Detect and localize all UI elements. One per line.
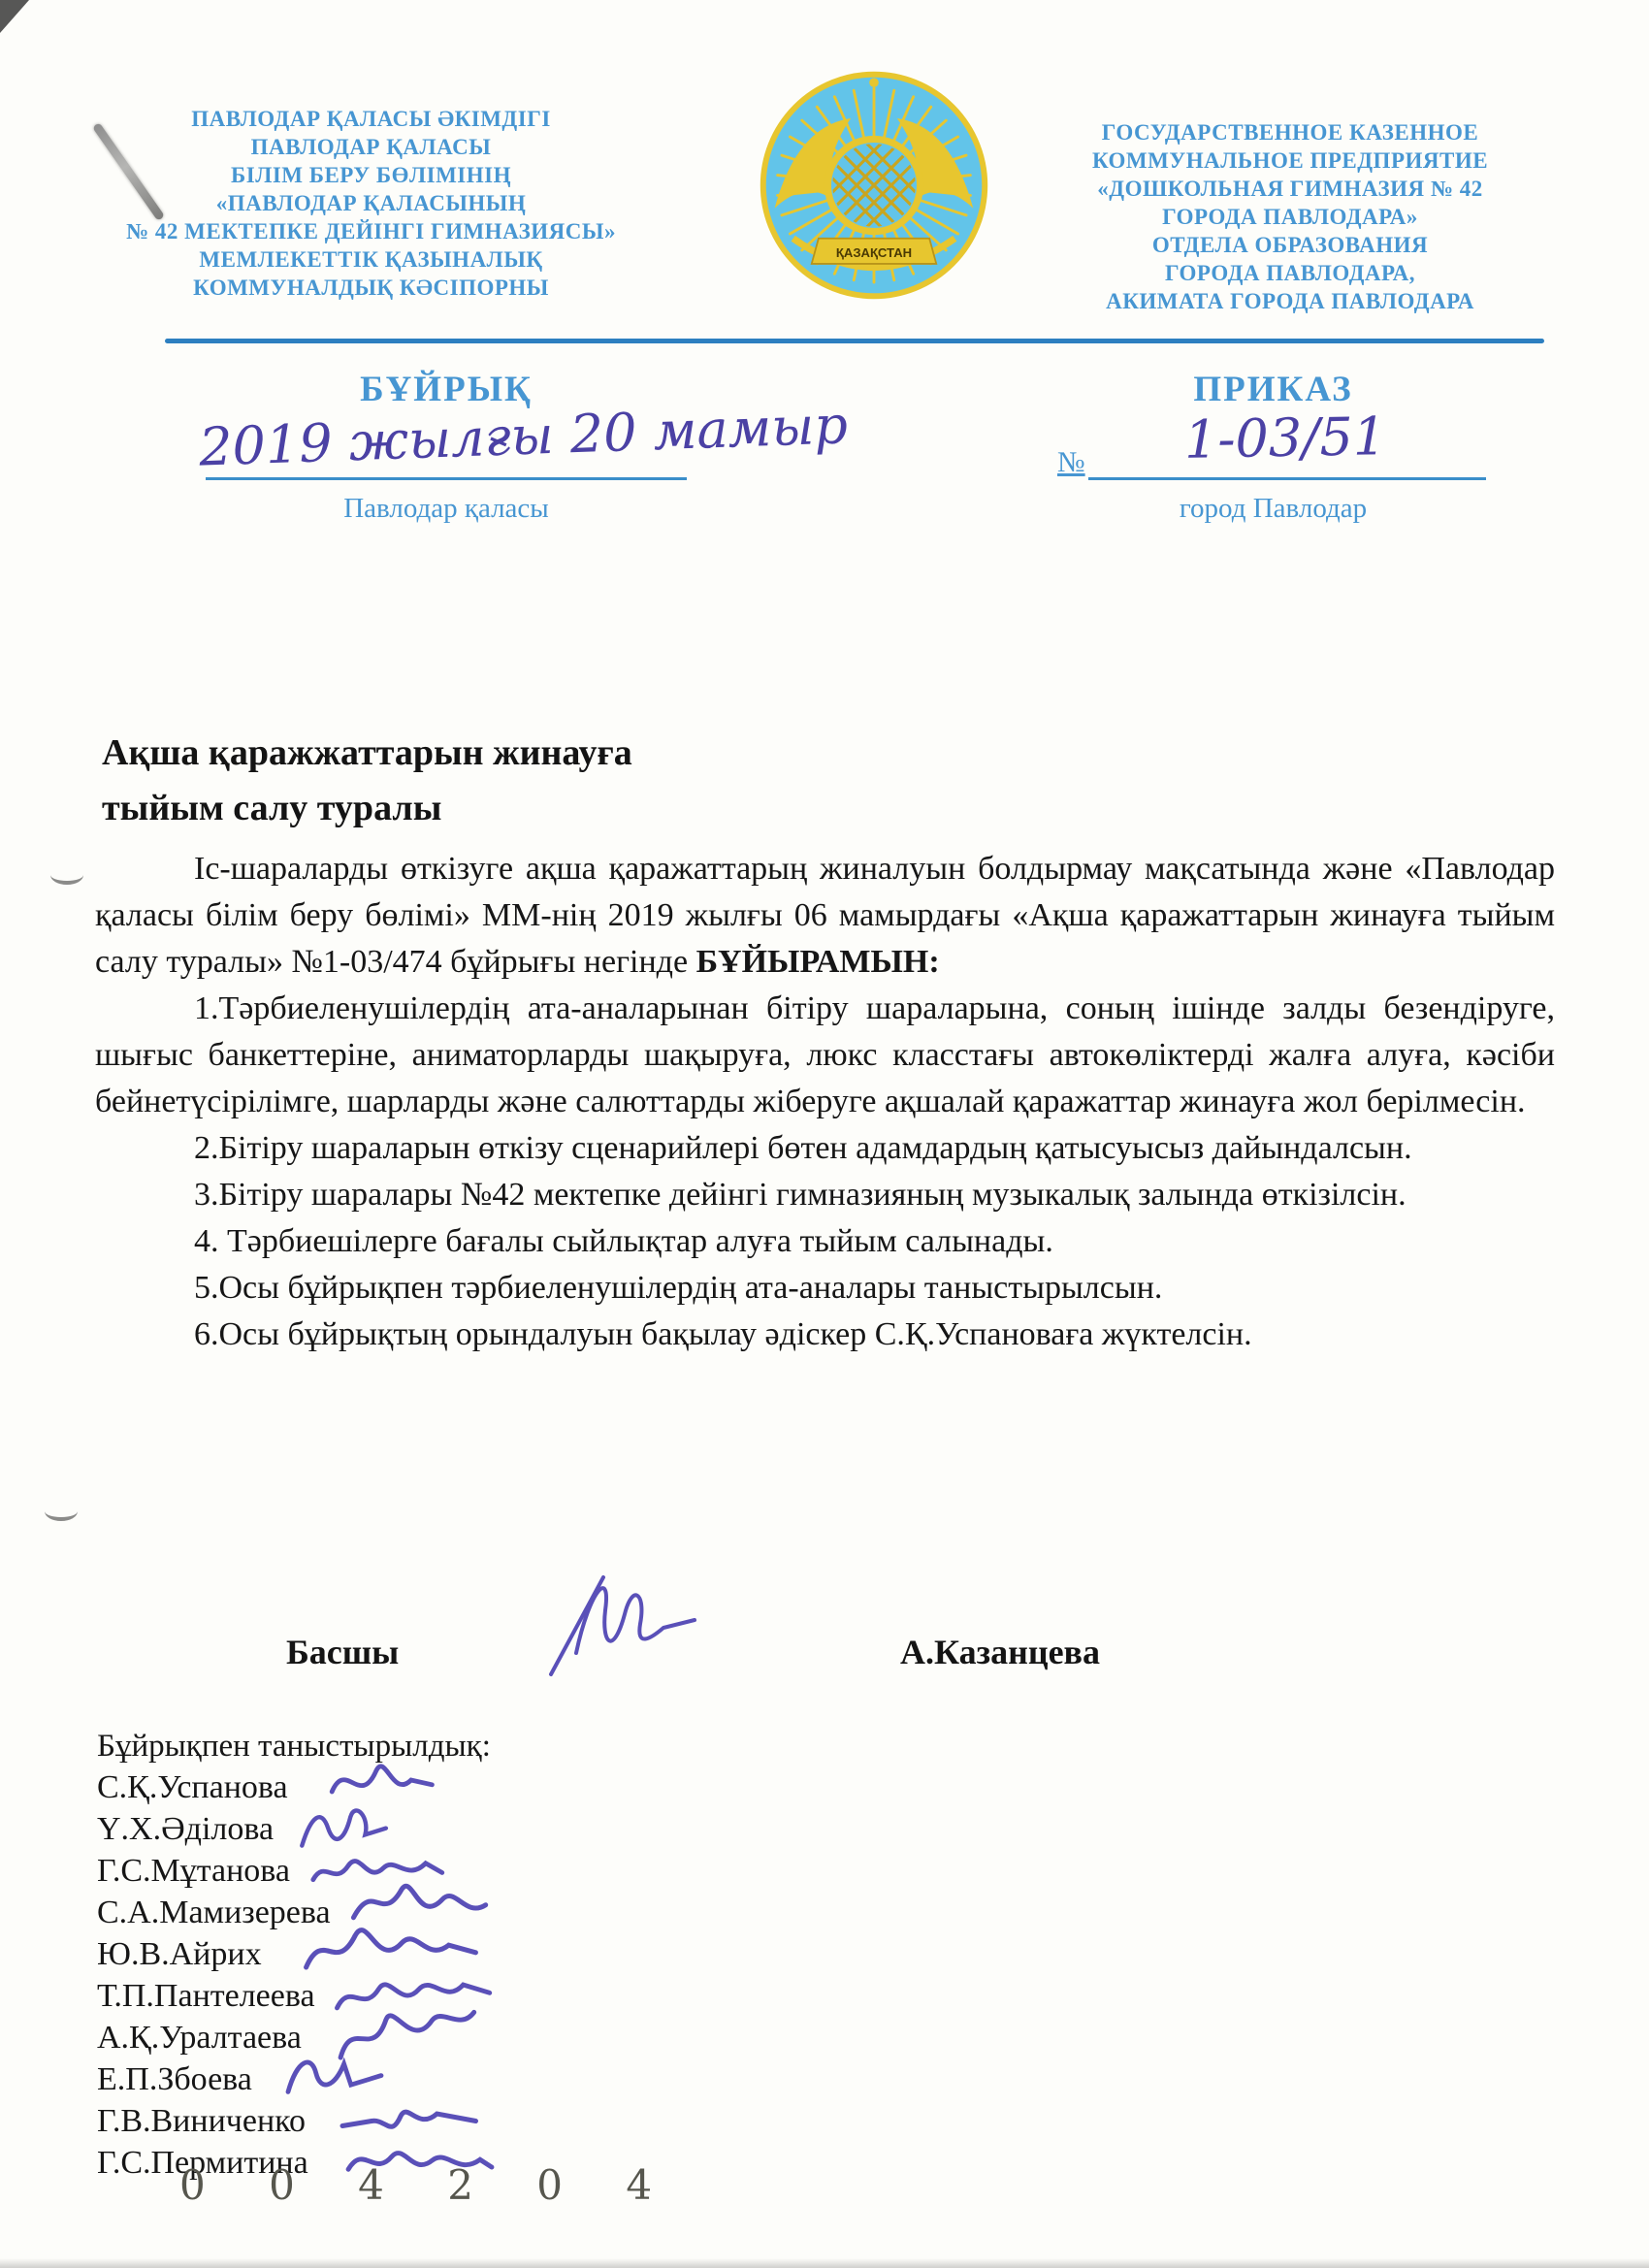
org-line: БІЛІМ БЕРУ БӨЛІМІНІҢ (92, 161, 650, 189)
list-item: Е.П.Збоева (97, 2061, 970, 2103)
staff-name: Г.В.Виниченко (97, 2103, 306, 2139)
document-subject: Ақша қаражжаттарын жинауға тыйым салу ту… (102, 726, 632, 836)
emblem-banner-text: ҚАЗАҚСТАН (836, 245, 912, 260)
list-item: Г.В.Виниченко (97, 2103, 970, 2145)
scanned-document-page: ПАВЛОДАР ҚАЛАСЫ ӘКІМДІГІ ПАВЛОДАР ҚАЛАСЫ… (0, 0, 1649, 2268)
order-item-6: 6.Осы бұйрықтың орындалуын бақылау әдіск… (95, 1312, 1555, 1358)
scan-edge-shadow (0, 2258, 1649, 2268)
order-item-1: 1.Тәрбиеленушілердің ата-аналарынан біті… (95, 986, 1555, 1125)
staff-name: Г.С.Мұтанова (97, 1853, 290, 1889)
number-underline (1088, 477, 1486, 480)
header-divider-line (165, 339, 1544, 343)
staff-name: Ю.В.Айрих (97, 1936, 262, 1972)
org-line: ПАВЛОДАР ҚАЛАСЫ ӘКІМДІГІ (92, 105, 650, 133)
director-position-label: Басшы (286, 1632, 399, 1672)
order-body: Іс-шараларды өткізуге ақша қаражаттарың … (95, 846, 1555, 1358)
kazakhstan-coat-of-arms-icon: ҚАЗАҚСТАН (759, 70, 989, 301)
scan-curve-artifact (50, 865, 83, 885)
org-line: ГОРОДА ПАВЛОДАРА» (999, 203, 1581, 231)
org-line: «ПАВЛОДАР ҚАЛАСЫНЫҢ (92, 189, 650, 217)
org-line: ГОРОДА ПАВЛОДАРА, (999, 259, 1581, 287)
list-item: С.Қ.Успанова (97, 1769, 970, 1811)
org-line: МЕМЛЕКЕТТІК ҚАЗЫНАЛЫҚ (92, 245, 650, 274)
scan-corner-artifact (0, 0, 29, 33)
director-name: А.Казанцева (900, 1632, 1100, 1672)
list-item: Ю.В.Айрих (97, 1936, 970, 1978)
document-subject-line: тыйым салу туралы (102, 781, 632, 836)
list-item: С.А.Мамизерева (97, 1895, 970, 1936)
order-item-3: 3.Бітіру шаралары №42 мектепке дейінгі г… (95, 1172, 1555, 1218)
org-line: КОММУНАЛЬНОЕ ПРЕДПРИЯТИЕ (999, 146, 1581, 175)
org-line: «ДОШКОЛЬНАЯ ГИМНАЗИЯ № 42 (999, 175, 1581, 203)
handwritten-order-number: 1-03/51 (1119, 405, 1450, 471)
staff-name: А.Қ.Уралтаева (97, 2020, 302, 2056)
org-name-kazakh: ПАВЛОДАР ҚАЛАСЫ ӘКІМДІГІ ПАВЛОДАР ҚАЛАСЫ… (92, 105, 650, 302)
staff-name: С.А.Мамизерева (97, 1895, 331, 1930)
org-name-russian: ГОСУДАРСТВЕННОЕ КАЗЕННОЕ КОММУНАЛЬНОЕ ПР… (999, 118, 1581, 315)
list-item: А.Қ.Уралтаева (97, 2020, 970, 2061)
order-command-word: БҰЙЫРАМЫН: (696, 944, 940, 980)
number-sign-label: № (1057, 446, 1085, 479)
director-signature-mark (532, 1560, 745, 1686)
order-title-russian: ПРИКАЗ (999, 369, 1547, 410)
order-item-4: 4. Тәрбиешілерге бағалы сыйлықтар алуға … (95, 1218, 1555, 1265)
org-line: № 42 МЕКТЕПКЕ ДЕЙІНГІ ГИМНАЗИЯСЫ» (92, 217, 650, 245)
org-line: ПАВЛОДАР ҚАЛАСЫ (92, 133, 650, 161)
staff-name: Ү.Х.Әділова (97, 1811, 274, 1847)
city-kazakh: Павлодар қаласы (165, 493, 727, 525)
intro-paragraph: Іс-шараларды өткізуге ақша қаражаттарың … (95, 846, 1555, 986)
org-line: КОММУНАЛДЫҚ КӘСІПОРНЫ (92, 274, 650, 302)
date-underline (206, 477, 687, 480)
acknowledgement-list: С.Қ.Успанова Ү.Х.Әділова Г.С.Мұтанова С.… (97, 1769, 970, 2187)
city-russian: город Павлодар (999, 493, 1547, 525)
order-item-5: 5.Осы бұйрықпен тәрбиеленушілердің ата-а… (95, 1265, 1555, 1312)
staff-name: С.Қ.Успанова (97, 1769, 288, 1805)
stamp-number: 0 0 4 2 0 4 (179, 2161, 677, 2209)
order-item-2: 2.Бітіру шараларын өткізу сценарийлері б… (95, 1125, 1555, 1172)
list-item: Т.П.Пантелеева (97, 1978, 970, 2020)
staff-name: Т.П.Пантелеева (97, 1978, 315, 2014)
org-line: ОТДЕЛА ОБРАЗОВАНИЯ (999, 231, 1581, 259)
org-line: АКИМАТА ГОРОДА ПАВЛОДАРА (999, 287, 1581, 315)
document-subject-line: Ақша қаражжаттарын жинауға (102, 726, 632, 781)
scan-curve-artifact (45, 1502, 78, 1521)
staff-name: Е.П.Збоева (97, 2061, 252, 2097)
list-item: Г.С.Мұтанова (97, 1853, 970, 1895)
list-item: Ү.Х.Әділова (97, 1811, 970, 1853)
org-line: ГОСУДАРСТВЕННОЕ КАЗЕННОЕ (999, 118, 1581, 146)
